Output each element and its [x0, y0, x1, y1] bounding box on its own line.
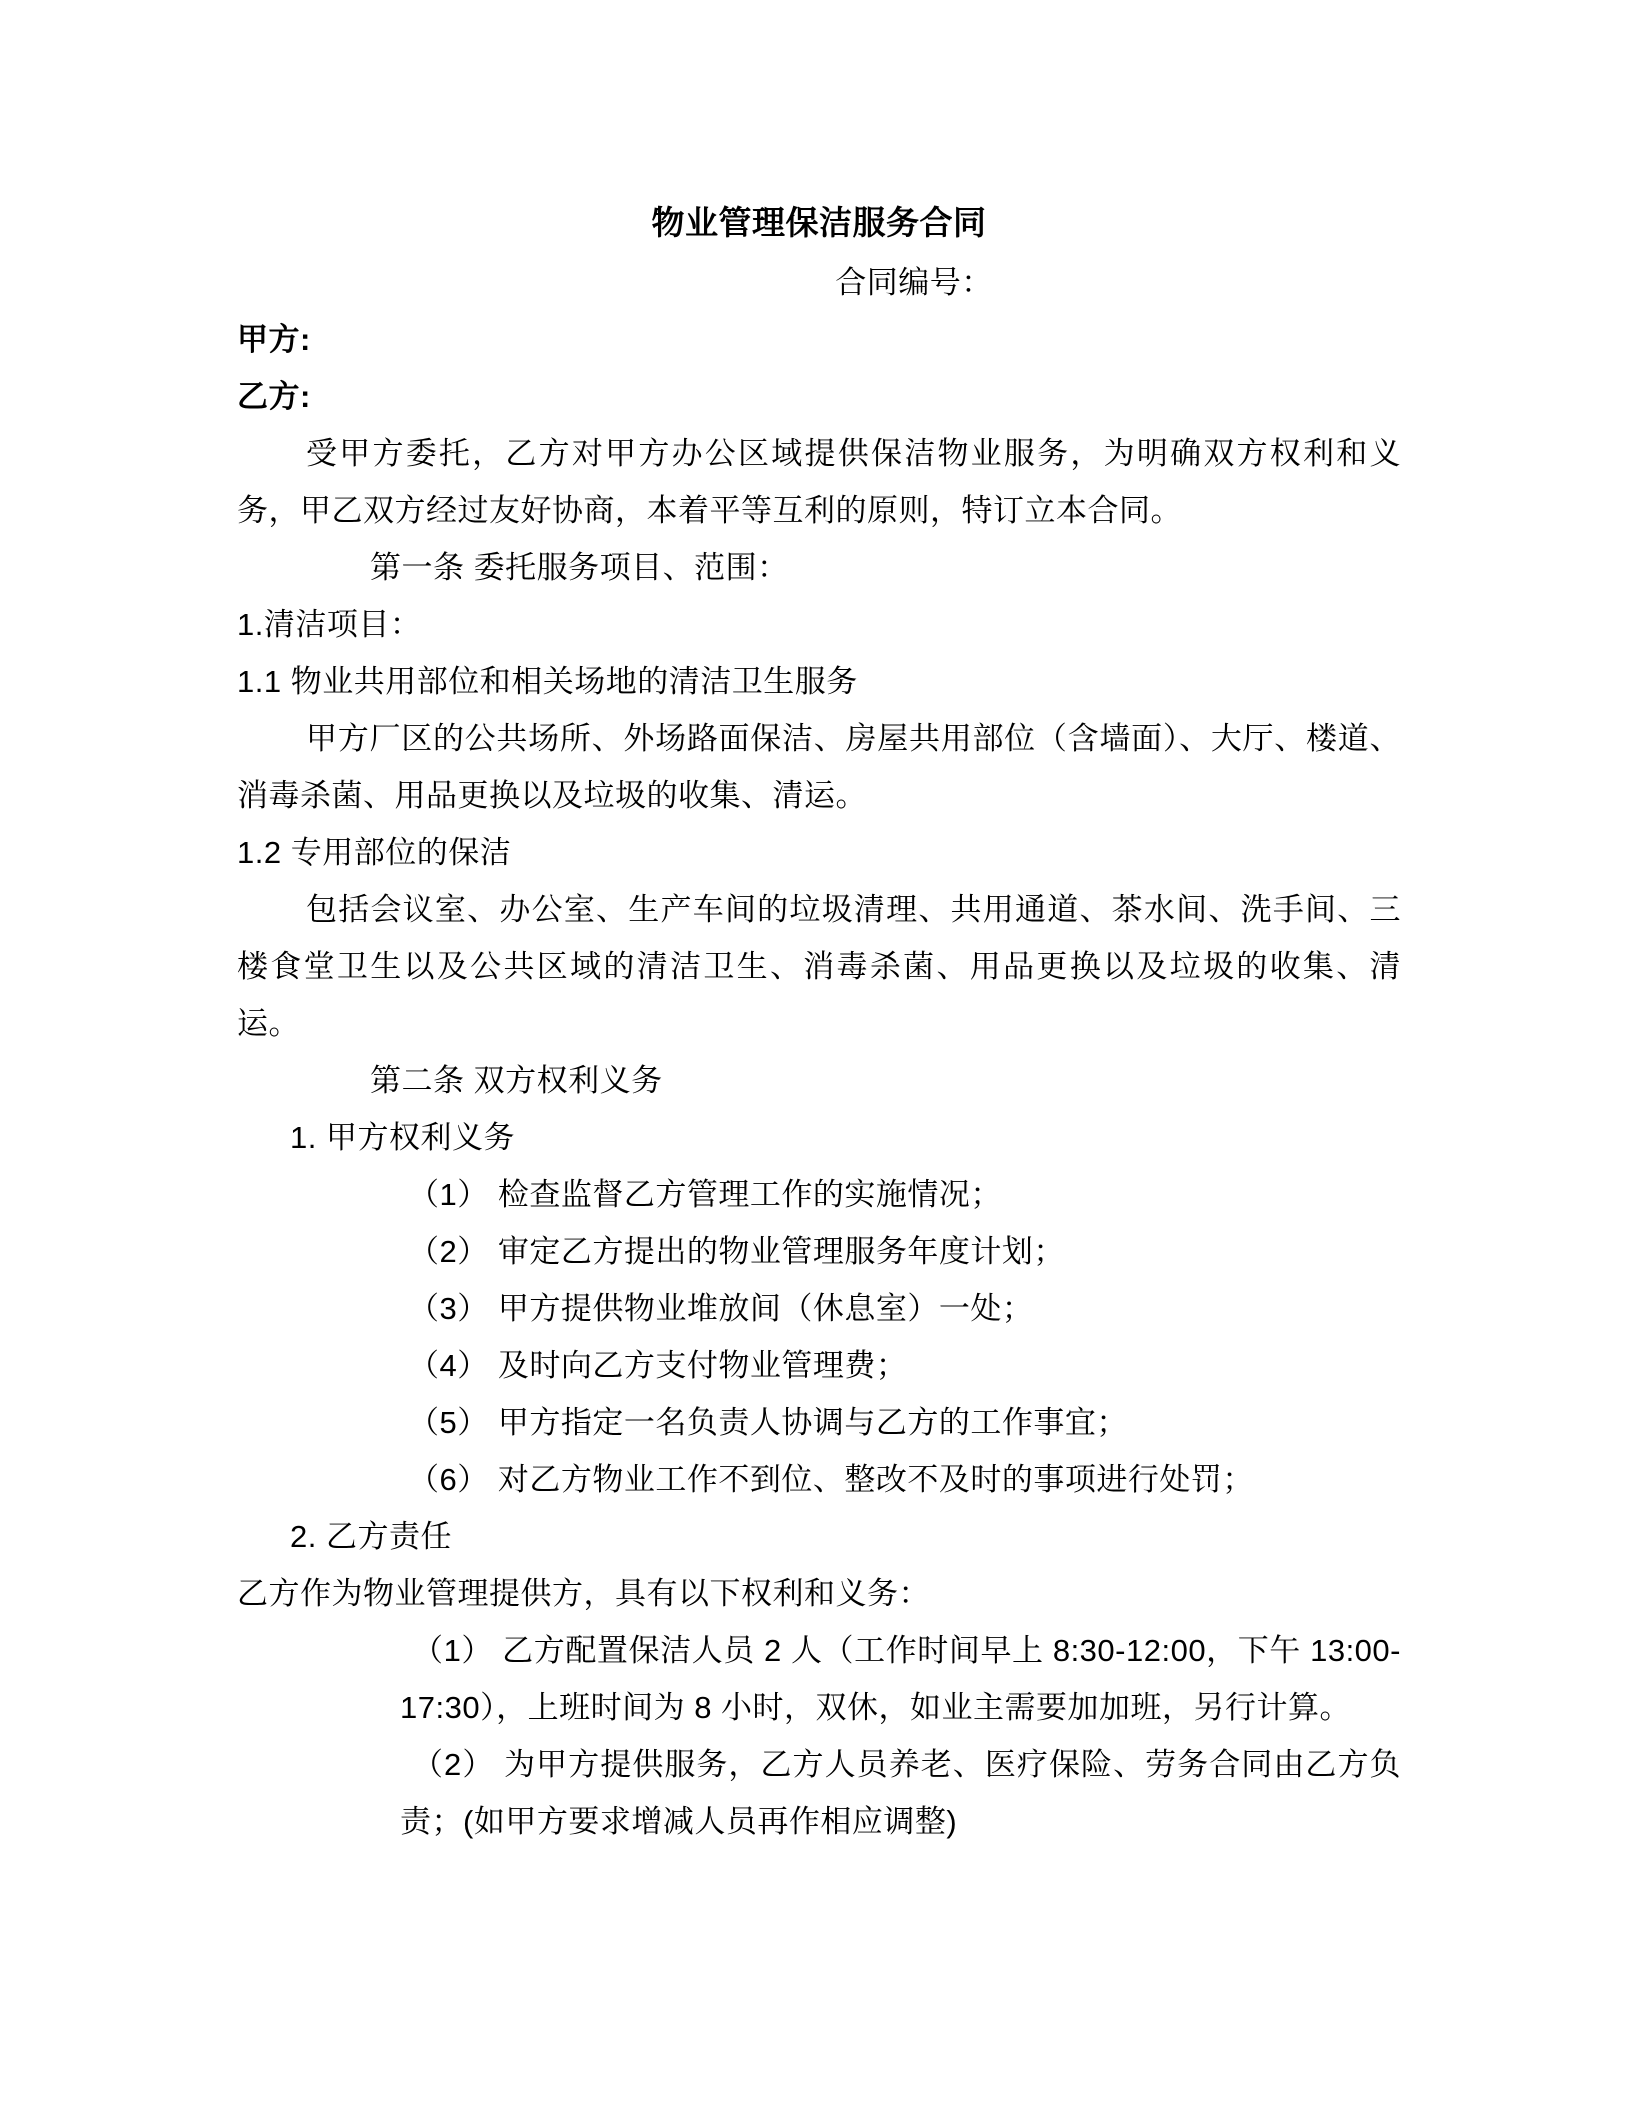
- party-b-intro: 乙方作为物业管理提供方，具有以下权利和义务：: [237, 1565, 1401, 1622]
- party-a-obligation-item: （1） 检查监督乙方管理工作的实施情况；: [237, 1166, 1401, 1223]
- party-a-obligation-item: （6） 对乙方物业工作不到位、整改不及时的事项进行处罚；: [237, 1451, 1401, 1508]
- intro-paragraph: 受甲方委托，乙方对甲方办公区域提供保洁物业服务，为明确双方权利和义务，甲乙双方经…: [237, 425, 1401, 539]
- party-a-obligations-list: （1） 检查监督乙方管理工作的实施情况； （2） 审定乙方提出的物业管理服务年度…: [237, 1166, 1401, 1508]
- party-b-responsibility-item: （1） 乙方配置保洁人员 2 人（工作时间早上 8:30-12:00，下午 13…: [237, 1622, 1401, 1736]
- party-a-label: 甲方:: [237, 311, 1401, 368]
- clause-1-2-heading: 1.2 专用部位的保洁: [237, 824, 1401, 881]
- party-b-responsibility-heading: 2. 乙方责任: [237, 1508, 1401, 1565]
- document-page: 物业管理保洁服务合同 合同编号： 甲方: 乙方: 受甲方委托，乙方对甲方办公区域…: [0, 0, 1632, 2112]
- party-a-obligations-heading: 1. 甲方权利义务: [237, 1109, 1401, 1166]
- clause-1-1-body: 甲方厂区的公共场所、外场路面保洁、房屋共用部位（含墙面）、大厅、楼道、消毒杀菌、…: [237, 710, 1401, 824]
- party-b-responsibility-list: （1） 乙方配置保洁人员 2 人（工作时间早上 8:30-12:00，下午 13…: [237, 1622, 1401, 1850]
- party-a-obligation-item: （4） 及时向乙方支付物业管理费；: [237, 1337, 1401, 1394]
- clause-1-2-body: 包括会议室、办公室、生产车间的垃圾清理、共用通道、茶水间、洗手间、三楼食堂卫生以…: [237, 881, 1401, 1052]
- contract-title: 物业管理保洁服务合同: [237, 192, 1401, 254]
- party-a-obligation-item: （3） 甲方提供物业堆放间（休息室）一处；: [237, 1280, 1401, 1337]
- party-b-responsibility-item: （2） 为甲方提供服务，乙方人员养老、医疗保险、劳务合同由乙方负责；(如甲方要求…: [237, 1736, 1401, 1850]
- party-a-obligation-item: （5） 甲方指定一名负责人协调与乙方的工作事宜；: [237, 1394, 1401, 1451]
- clause-1-1-heading: 1.1 物业共用部位和相关场地的清洁卫生服务: [237, 653, 1401, 710]
- section-2-heading: 第二条 双方权利义务: [237, 1052, 1401, 1109]
- document-content: 物业管理保洁服务合同 合同编号： 甲方: 乙方: 受甲方委托，乙方对甲方办公区域…: [237, 192, 1401, 1850]
- section-1-heading: 第一条 委托服务项目、范围：: [237, 539, 1401, 596]
- contract-number-label: 合同编号：: [237, 254, 1401, 311]
- cleaning-items-label: 1.清洁项目：: [237, 596, 1401, 653]
- party-b-label: 乙方:: [237, 368, 1401, 425]
- party-a-obligation-item: （2） 审定乙方提出的物业管理服务年度计划；: [237, 1223, 1401, 1280]
